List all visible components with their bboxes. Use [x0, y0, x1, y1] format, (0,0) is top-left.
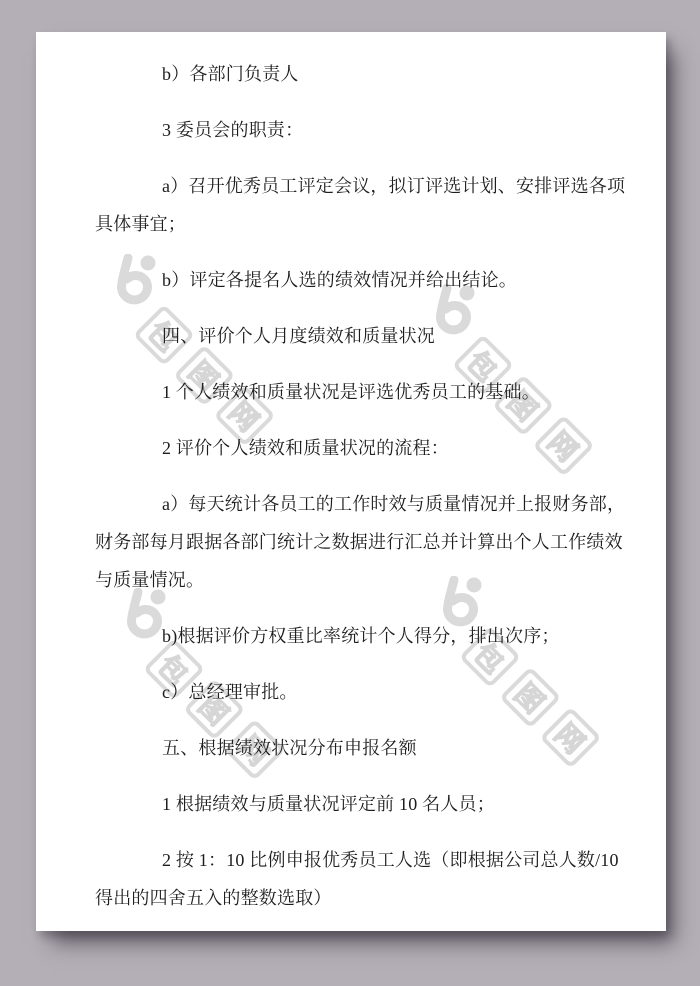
- text-line: 1 个人绩效和质量状况是评选优秀员工的基础。: [95, 373, 636, 411]
- paragraph: b）各部门负责人: [95, 55, 636, 93]
- text-line: 1 根据绩效与质量状况评定前 10 名人员；: [95, 785, 636, 823]
- text-line: 2 按 1：10 比例申报优秀员工人选（即根据公司总人数/10: [95, 841, 636, 879]
- text-line: 四、评价个人月度绩效和质量状况: [95, 317, 636, 355]
- text-line: 得出的四舍五入的整数选取）: [95, 879, 636, 917]
- paragraph-heading: 五、根据绩效状况分布申报名额: [95, 729, 636, 767]
- text-line: b)根据评价方权重比率统计个人得分，排出次序；: [95, 617, 636, 655]
- paragraph: a）召开优秀员工评定会议，拟订评选计划、安排评选各项 具体事宜；: [95, 167, 636, 243]
- text-line: 2 评价个人绩效和质量状况的流程：: [95, 429, 636, 467]
- text-line: 3 委员会的职责：: [95, 111, 636, 149]
- paragraph-heading: 四、评价个人月度绩效和质量状况: [95, 317, 636, 355]
- document-page: 包 图 网 包 图 网 包 图 网 包: [36, 32, 666, 931]
- text-line: 五、根据绩效状况分布申报名额: [95, 729, 636, 767]
- paragraph: 2 评价个人绩效和质量状况的流程：: [95, 429, 636, 467]
- text-line: a）召开优秀员工评定会议，拟订评选计划、安排评选各项: [95, 167, 636, 205]
- document-content: b）各部门负责人 3 委员会的职责： a）召开优秀员工评定会议，拟订评选计划、安…: [36, 32, 666, 917]
- text-line: b）评定各提名人选的绩效情况并给出结论。: [95, 261, 636, 299]
- paragraph: a）每天统计各员工的工作时效与质量情况并上报财务部， 财务部每月跟据各部门统计之…: [95, 485, 636, 599]
- paragraph: b）评定各提名人选的绩效情况并给出结论。: [95, 261, 636, 299]
- paragraph: 1 根据绩效与质量状况评定前 10 名人员；: [95, 785, 636, 823]
- text-line: b）各部门负责人: [95, 55, 636, 93]
- text-line: 财务部每月跟据各部门统计之数据进行汇总并计算出个人工作绩效: [95, 523, 636, 561]
- text-line: 与质量情况。: [95, 561, 636, 599]
- paragraph: b)根据评价方权重比率统计个人得分，排出次序；: [95, 617, 636, 655]
- paragraph: 2 按 1：10 比例申报优秀员工人选（即根据公司总人数/10 得出的四舍五入的…: [95, 841, 636, 917]
- text-line: c）总经理审批。: [95, 673, 636, 711]
- text-line: a）每天统计各员工的工作时效与质量情况并上报财务部，: [95, 485, 636, 523]
- paragraph: 3 委员会的职责：: [95, 111, 636, 149]
- desktop-background: { "page": { "background_color": "#b4afb6…: [0, 0, 700, 986]
- paragraph: c）总经理审批。: [95, 673, 636, 711]
- paragraph: 1 个人绩效和质量状况是评选优秀员工的基础。: [95, 373, 636, 411]
- text-line: 具体事宜；: [95, 205, 636, 243]
